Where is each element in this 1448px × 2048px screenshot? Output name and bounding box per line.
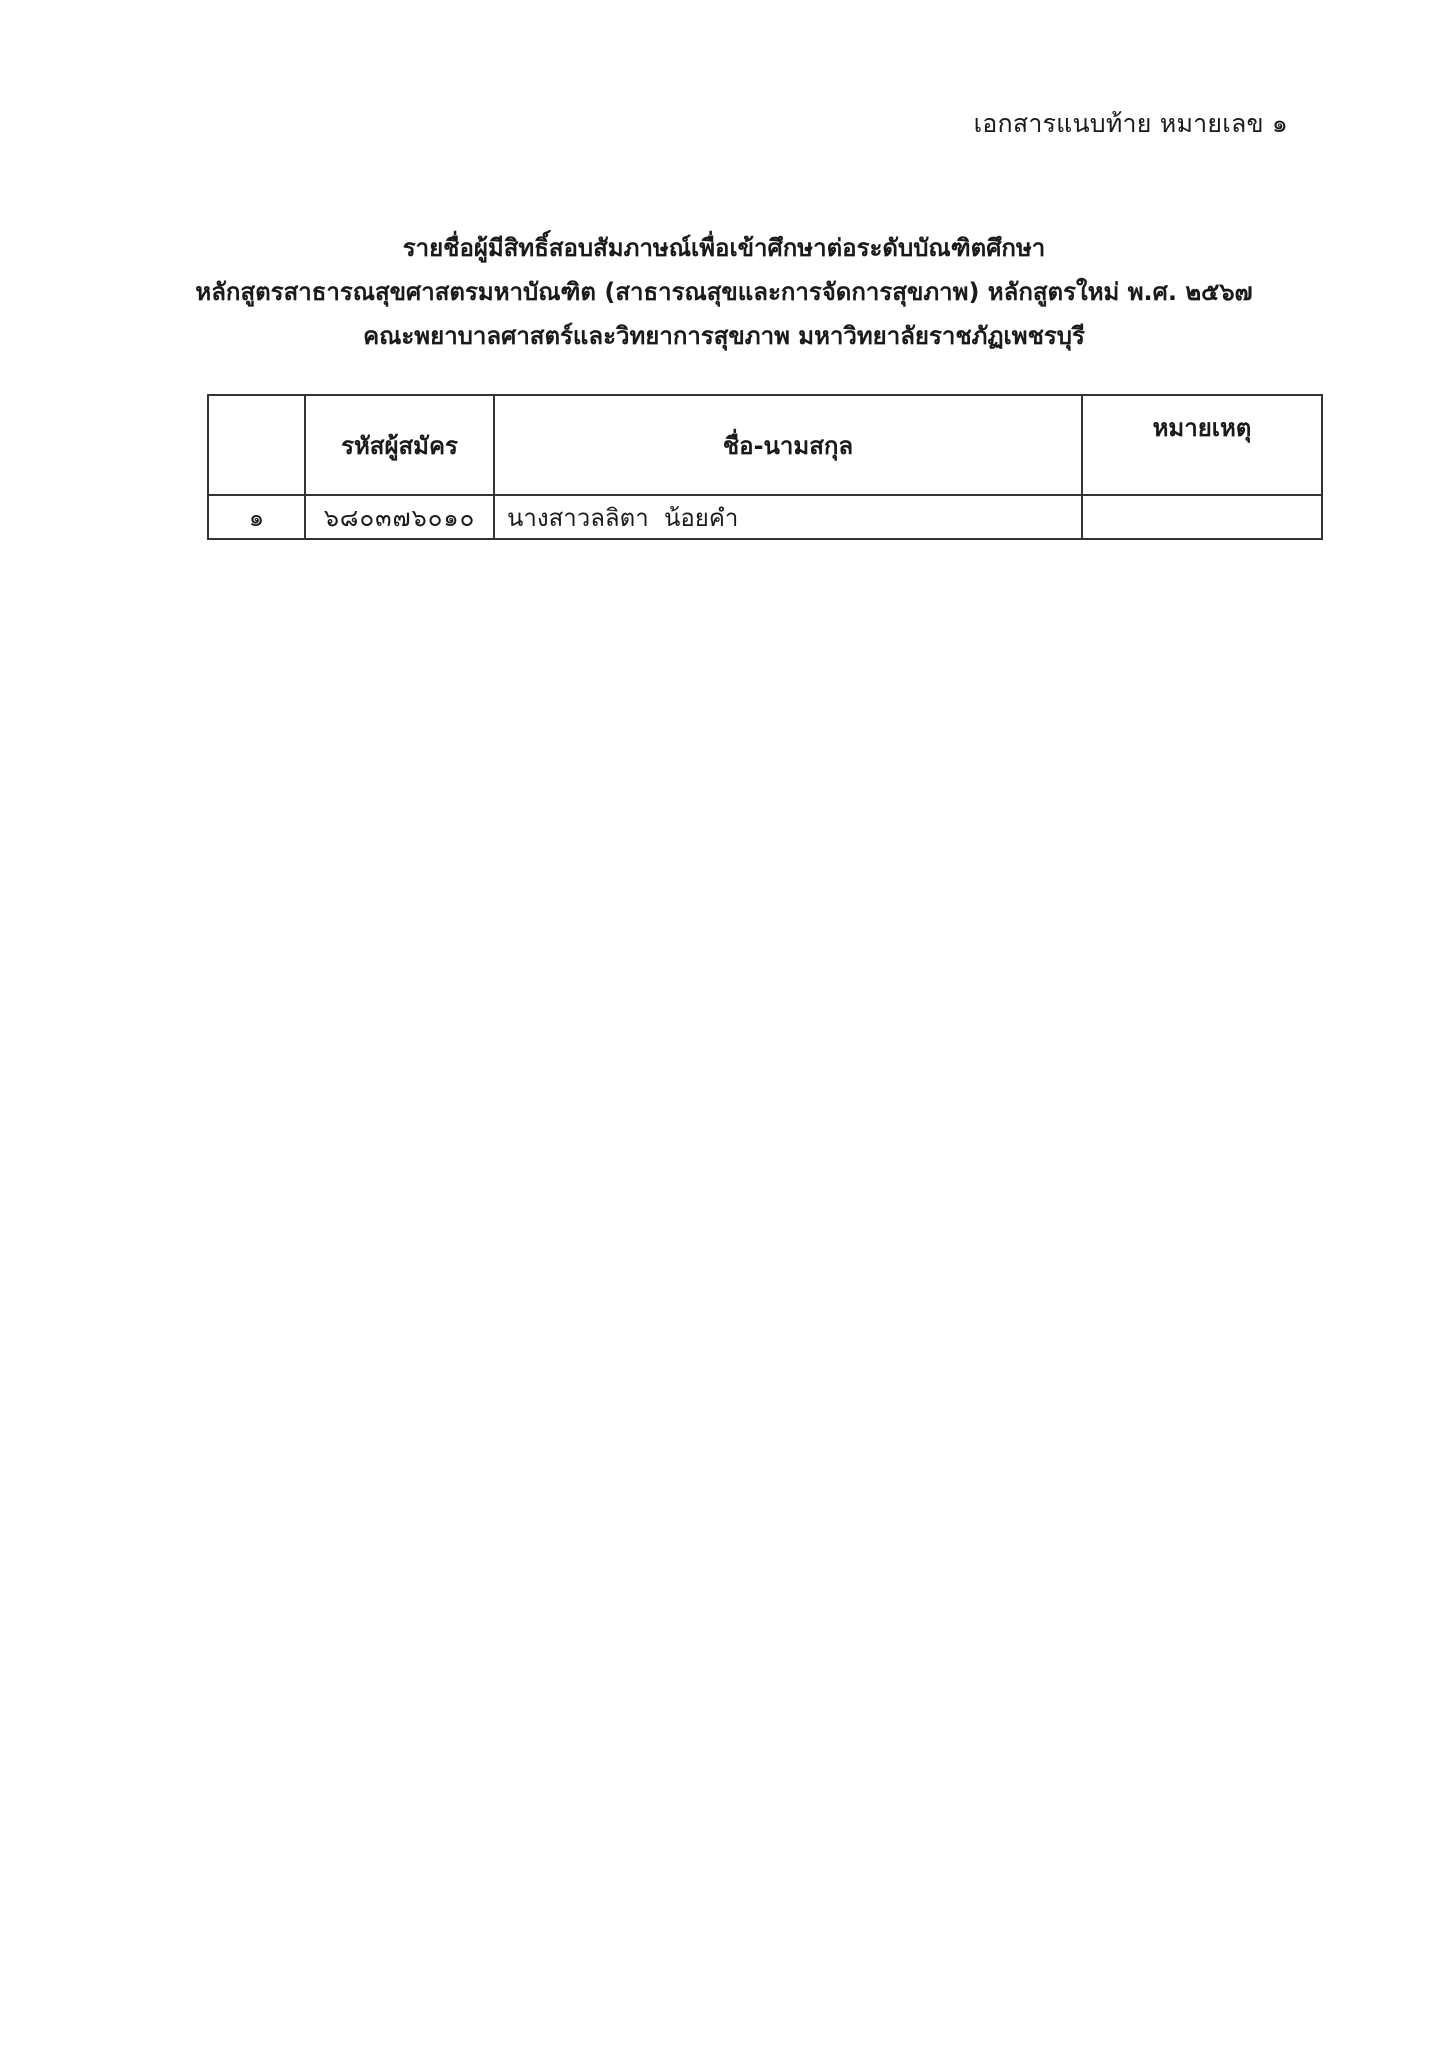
title-line-3: คณะพยาบาลศาสตร์และวิทยาการสุขภาพ มหาวิทย…: [0, 314, 1448, 358]
title-line-1: รายชื่อผู้มีสิทธิ์สอบสัมภาษณ์เพื่อเข้าศึ…: [0, 226, 1448, 270]
header-full-name: ชื่อ-นามสกุล: [494, 395, 1082, 495]
table-header-row: รหัสผู้สมัคร ชื่อ-นามสกุล หมายเหตุ: [208, 395, 1322, 495]
header-applicant-id: รหัสผู้สมัคร: [305, 395, 494, 495]
annex-label: เอกสารแนบท้าย หมายเลข ๑: [974, 104, 1288, 144]
cell-remark: [1082, 495, 1322, 539]
candidate-table: รหัสผู้สมัคร ชื่อ-นามสกุล หมายเหตุ ๑ ๖๘๐…: [207, 394, 1323, 540]
document-title: รายชื่อผู้มีสิทธิ์สอบสัมภาษณ์เพื่อเข้าศึ…: [0, 226, 1448, 358]
cell-full-name: นางสาวลลิตา น้อยคำ: [494, 495, 1082, 539]
table-row: ๑ ๖๘๐๓๗๖๐๑๐ นางสาวลลิตา น้อยคำ: [208, 495, 1322, 539]
header-remark: หมายเหตุ: [1082, 395, 1322, 495]
cell-index: ๑: [208, 495, 305, 539]
header-index: [208, 395, 305, 495]
cell-applicant-id: ๖๘๐๓๗๖๐๑๐: [305, 495, 494, 539]
title-line-2: หลักสูตรสาธารณสุขศาสตรมหาบัณฑิต (สาธารณส…: [0, 270, 1448, 314]
